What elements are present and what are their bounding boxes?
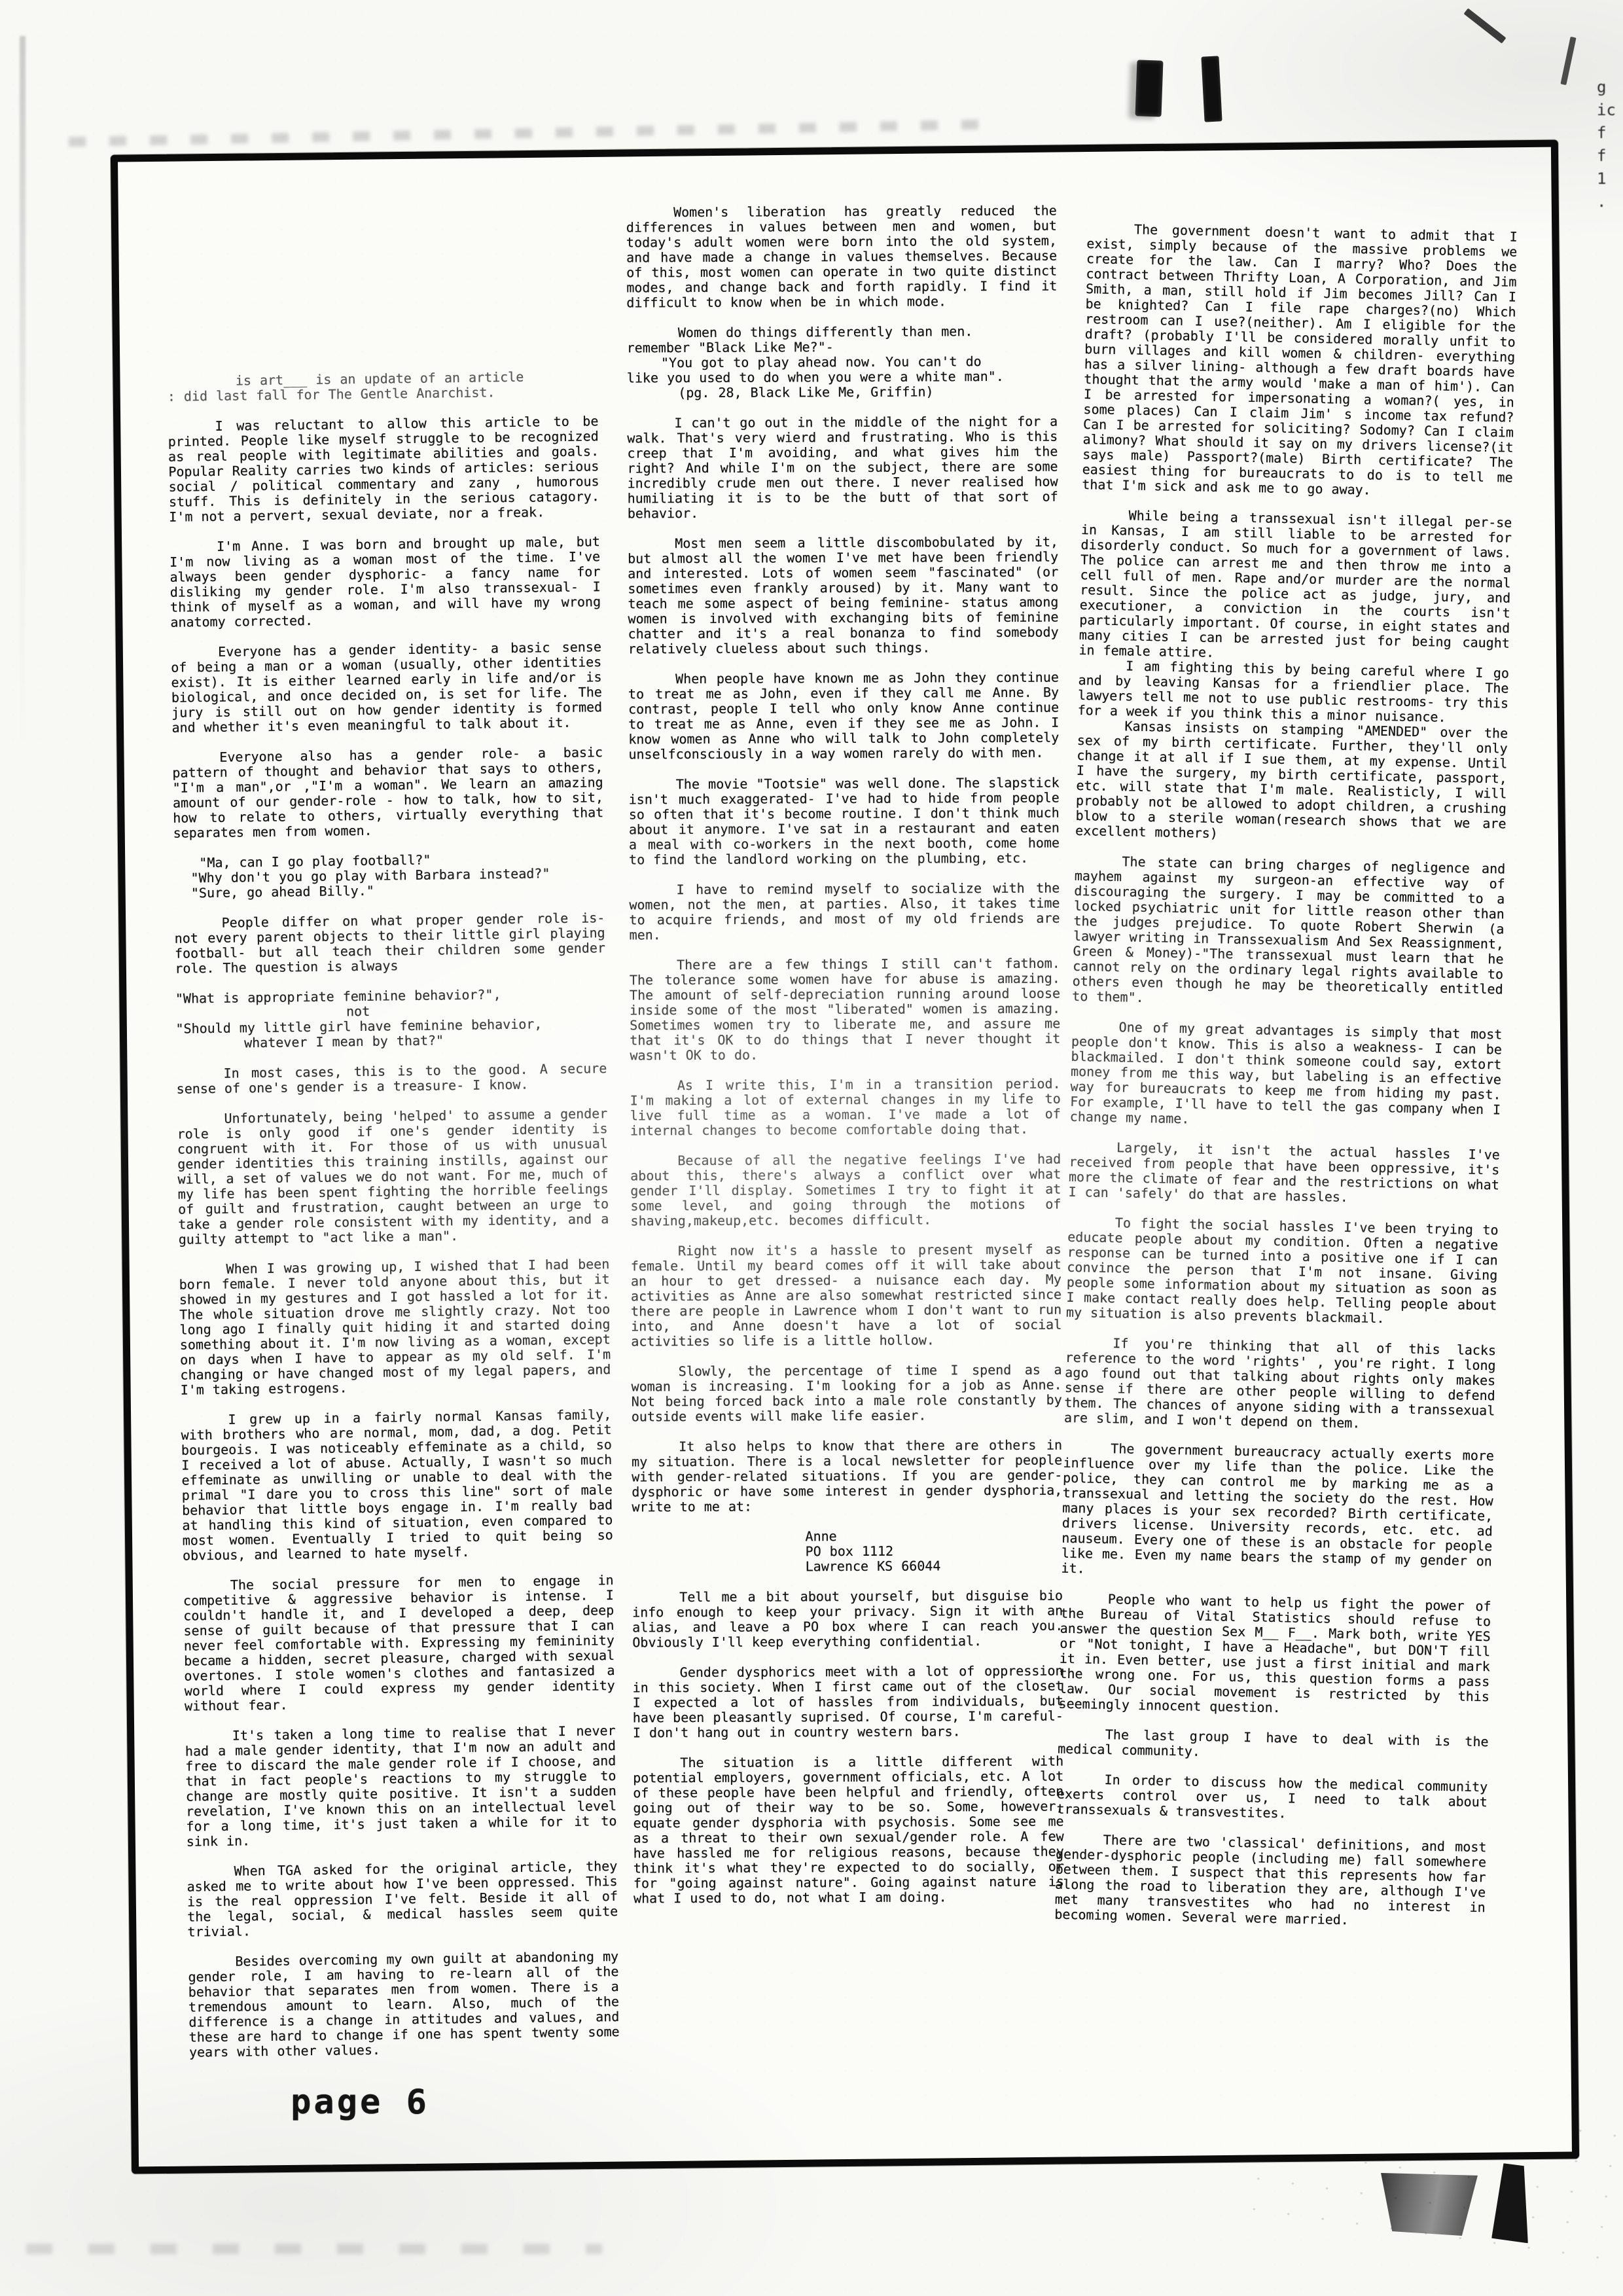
article-body: is art___ is an update of an article : d… — [118, 147, 1572, 2167]
paragraph: As I write this, I'm in a transition per… — [630, 1077, 1061, 1139]
paragraph: Women's liberation has greatly reduced t… — [626, 204, 1058, 311]
paragraph: The movie "Tootsie" was well done. The s… — [629, 776, 1060, 868]
paragraph: Kansas insists on stamping "AMENDED" ove… — [1075, 718, 1508, 847]
paragraph: There are two 'classical' definitions, a… — [1054, 1832, 1487, 1931]
ghost-text-smudge — [69, 120, 978, 147]
paragraph: Everyone also has a gender role- a basic… — [172, 745, 604, 841]
ink-smudge-bar-2 — [1201, 56, 1222, 122]
paragraph: The government bureaucracy actually exer… — [1061, 1441, 1494, 1585]
paragraph: "Ma, can I go play football?" "Why don't… — [173, 850, 605, 901]
paragraph: I grew up in a fairly normal Kansas fami… — [181, 1407, 613, 1564]
paragraph: In most cases, this is to the good. A se… — [176, 1061, 607, 1097]
paragraph: I can't go out in the middle of the nigh… — [627, 414, 1058, 522]
paragraph: When I was growing up, I wished that I h… — [179, 1257, 611, 1398]
paragraph: People differ on what proper gender role… — [174, 910, 605, 977]
scan-edge-streak — [20, 36, 26, 756]
paragraph: I was reluctant to allow this article to… — [168, 414, 599, 525]
tape-mark-1 — [1373, 2172, 1486, 2236]
paragraph: Largely, it isn't the actual hassles I'v… — [1068, 1139, 1500, 1208]
paragraph: If you're thinking that all of this lack… — [1064, 1335, 1497, 1434]
paragraph: Gender dysphorics meet with a lot of opp… — [632, 1664, 1063, 1741]
article-column-left: is art___ is an update of an article : d… — [167, 368, 620, 2149]
scanned-zine-page: { "paper": { "background": "#f8f8f5", "i… — [0, 0, 1623, 2296]
paragraph: Tell me a bit about yourself, but disgui… — [632, 1588, 1063, 1651]
paragraph: I'm Anne. I was born and brought up male… — [169, 534, 601, 630]
paragraph: The situation is a little different with… — [633, 1754, 1064, 1907]
article-column-middle: Women's liberation has greatly reduced t… — [626, 204, 1065, 2145]
paragraph: The state can bring charges of negligenc… — [1072, 853, 1505, 1013]
paragraph: The social pressure for men to engage in… — [183, 1573, 616, 1714]
bottom-scan-smudge — [26, 2244, 602, 2254]
corner-pen-mark-1 — [1463, 8, 1506, 43]
paragraph: Everyone has a gender identity- a basic … — [171, 639, 603, 736]
paragraph: Besides overcoming my own guilt at aband… — [188, 1949, 620, 2060]
ink-smudge-bar-1 — [1135, 60, 1164, 117]
paragraph: I am fighting this by being careful wher… — [1077, 658, 1509, 726]
paragraph: Anne PO box 1112 Lawrence KS 66044 — [632, 1528, 1063, 1575]
paragraph: The last group I have to deal with is th… — [1058, 1727, 1489, 1765]
paragraph: One of my great advantages is simply tha… — [1070, 1019, 1503, 1133]
paragraph: It also helps to know that there are oth… — [632, 1438, 1062, 1515]
paragraph: There are a few things I still can't fat… — [630, 956, 1061, 1064]
article-border-frame: is art___ is an update of an article : d… — [111, 140, 1579, 2174]
paragraph: When TGA asked for the original article,… — [187, 1859, 618, 1940]
article-column-right: The government doesn't want to admit tha… — [1050, 221, 1518, 2147]
paragraph: The government doesn't want to admit tha… — [1082, 221, 1518, 501]
paragraph: Women do things differently than men. re… — [627, 324, 1058, 401]
paragraph: People who want to help us fight the pow… — [1058, 1591, 1491, 1720]
paragraph: To fight the social hassles I've been tr… — [1066, 1215, 1499, 1329]
paragraph: I have to remind myself to socialize wit… — [629, 881, 1060, 943]
paragraph: Unfortunately, being 'helped' to assume … — [177, 1106, 609, 1247]
column-layout: is art___ is an update of an article : d… — [166, 193, 1538, 2149]
paragraph: Most men seem a little discombobulated b… — [628, 535, 1059, 657]
paragraph: It's taken a long time to realise that I… — [185, 1723, 617, 1850]
paragraph: When people have known me as John they c… — [628, 670, 1060, 762]
tape-mark-2 — [1491, 2163, 1532, 2244]
paragraph: While being a transsexual isn't illegal … — [1079, 507, 1512, 666]
page-edge-text-bleed: g ic f f 1 . — [1597, 76, 1623, 213]
paragraph: In order to discuss how the medical comm… — [1056, 1772, 1488, 1825]
paragraph: "What is appropriate feminine behavior?"… — [175, 986, 607, 1052]
corner-pen-mark-2 — [1560, 37, 1576, 85]
paragraph: is art___ is an update of an article : d… — [167, 368, 598, 404]
paragraph: Because of all the negative feelings I'v… — [630, 1152, 1061, 1229]
paragraph: Right now it's a hassle to present mysel… — [631, 1242, 1062, 1350]
paragraph: Slowly, the percentage of time I spend a… — [631, 1363, 1061, 1425]
